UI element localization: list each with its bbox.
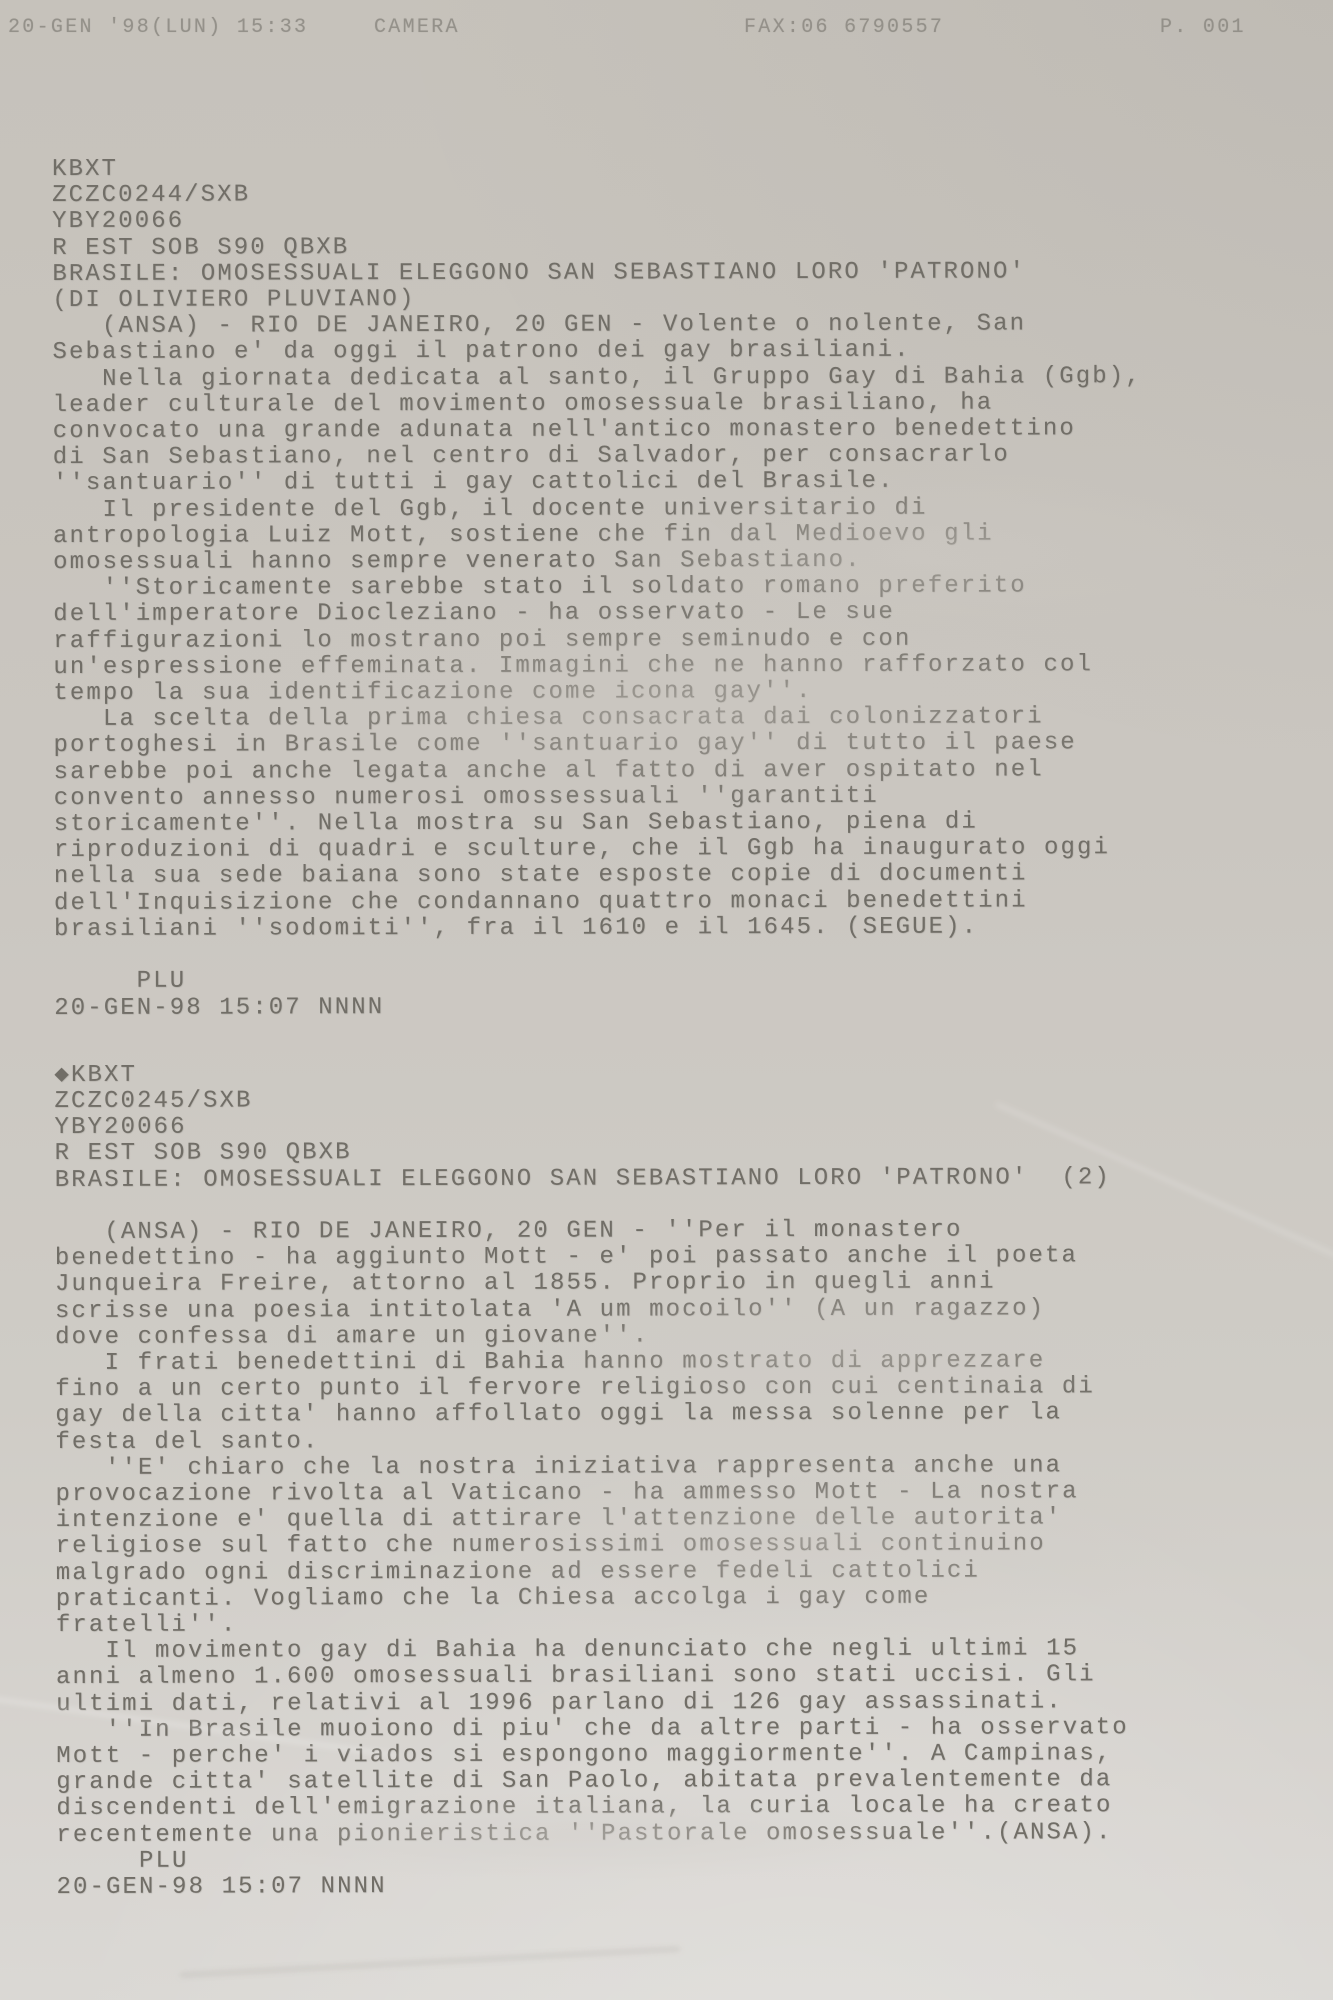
fax-header-page-number: P. 001 [1160,16,1246,39]
fax-page: 20-GEN '98(LUN) 15:33 CAMERA FAX:06 6790… [0,0,1333,2000]
paper-crease [180,1947,680,1977]
wire-message-2: ◆KBXT ZCZC0245/SXB YBY20066 R EST SOB S9… [54,1060,1236,1902]
fax-header-datetime: 20-GEN '98(LUN) 15:33 [8,16,308,39]
wire-body: KBXT ZCZC0244/SXB YBY20066 R EST SOB S90… [52,154,1237,1901]
fax-header-fax-number: FAX:06 6790557 [744,16,944,39]
wire-message-1: KBXT ZCZC0244/SXB YBY20066 R EST SOB S90… [52,154,1234,1022]
fax-header-sender: CAMERA [374,16,460,39]
fax-transmission-header: 20-GEN '98(LUN) 15:33 CAMERA FAX:06 6790… [0,16,1333,48]
